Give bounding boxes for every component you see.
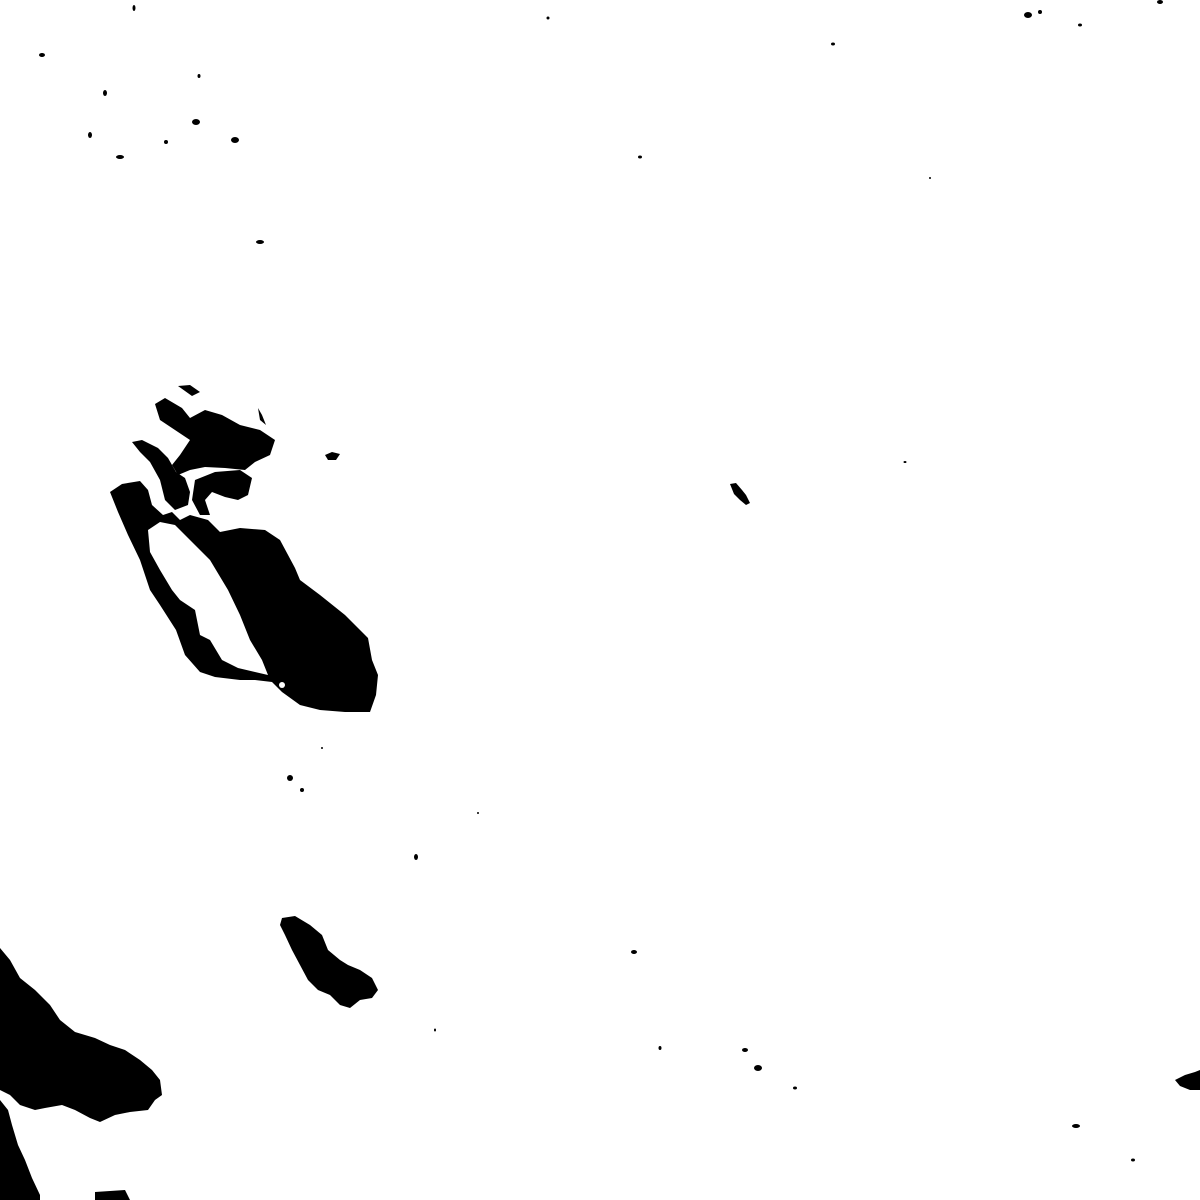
mask-canvas	[0, 0, 1200, 1200]
mask-svg	[0, 0, 1200, 1200]
